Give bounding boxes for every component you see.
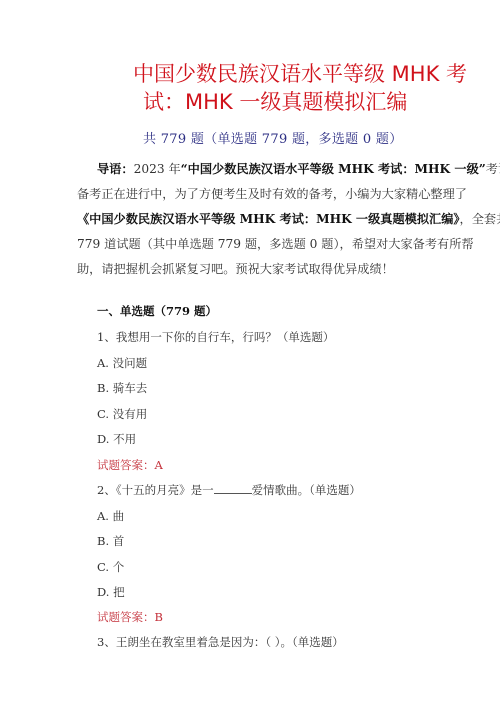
intro-line-2: 备考正在进行中，为了方便考生及时有效的备考，小编为大家精心整理了 bbox=[77, 183, 447, 207]
intro-year: 2023 年 bbox=[134, 162, 181, 176]
question-1-option-b: B. 骑车去 bbox=[97, 380, 147, 396]
intro-line-1: 导语：2023 年“中国少数民族汉语水平等级 MHK 考试：MHK 一级”考试 bbox=[97, 158, 467, 182]
fill-in-blank bbox=[214, 483, 252, 494]
question-2-option-d: D. 把 bbox=[97, 584, 125, 600]
question-2-option-a: A. 曲 bbox=[97, 508, 124, 524]
question-2-stem-before: 2、《十五的月亮》是一 bbox=[97, 483, 214, 497]
question-1-answer: 试题答案：A bbox=[97, 457, 163, 473]
section-heading: 一、单选题（779 题） bbox=[97, 303, 217, 319]
question-3-stem: 3、王朗坐在教室里着急是因为：（ ）。（单选题） bbox=[97, 634, 344, 650]
intro-line-4: 779 道试题（其中单选题 779 题，多选题 0 题），希望对大家备考有所帮 bbox=[77, 233, 447, 257]
document-title-line1: 中国少数民族汉语水平等级 MHK 考 bbox=[133, 60, 500, 88]
intro-exam-name: “中国少数民族汉语水平等级 MHK 考试：MHK 一级” bbox=[181, 162, 486, 176]
question-1-option-c: C. 没有用 bbox=[97, 406, 147, 422]
question-2-option-b: B. 首 bbox=[97, 533, 124, 549]
document-page: 中国少数民族汉语水平等级 MHK 考 试：MHK 一级真题模拟汇编 共 779 … bbox=[0, 0, 500, 707]
question-count-subtitle: 共 779 题（单选题 779 题，多选题 0 题） bbox=[143, 128, 403, 147]
intro-book-title: 《中国少数民族汉语水平等级 MHK 考试：MHK 一级真题模拟汇编》 bbox=[77, 212, 460, 226]
question-2-answer: 试题答案：B bbox=[97, 609, 163, 625]
question-2-stem-after: 爱情歌曲。（单选题） bbox=[252, 483, 361, 497]
question-1-option-a: A. 没问题 bbox=[97, 355, 147, 371]
question-1-option-d: D. 不用 bbox=[97, 431, 136, 447]
question-2-option-c: C. 个 bbox=[97, 559, 124, 575]
question-1-stem: 1、我想用一下你的自行车，行吗？（单选题） bbox=[97, 329, 334, 345]
intro-text: 考试 bbox=[486, 162, 500, 176]
intro-text: ，全套共 bbox=[460, 212, 500, 226]
document-title-line2: 试：MHK 一级真题模拟汇编 bbox=[143, 88, 500, 116]
intro-line-5: 助，请把握机会抓紧复习吧。预祝大家考试取得优异成绩！ bbox=[77, 258, 447, 282]
intro-label: 导语： bbox=[97, 162, 134, 176]
question-2-stem: 2、《十五的月亮》是一爱情歌曲。（单选题） bbox=[97, 482, 361, 498]
intro-line-3: 《中国少数民族汉语水平等级 MHK 考试：MHK 一级真题模拟汇编》，全套共 bbox=[77, 208, 447, 232]
